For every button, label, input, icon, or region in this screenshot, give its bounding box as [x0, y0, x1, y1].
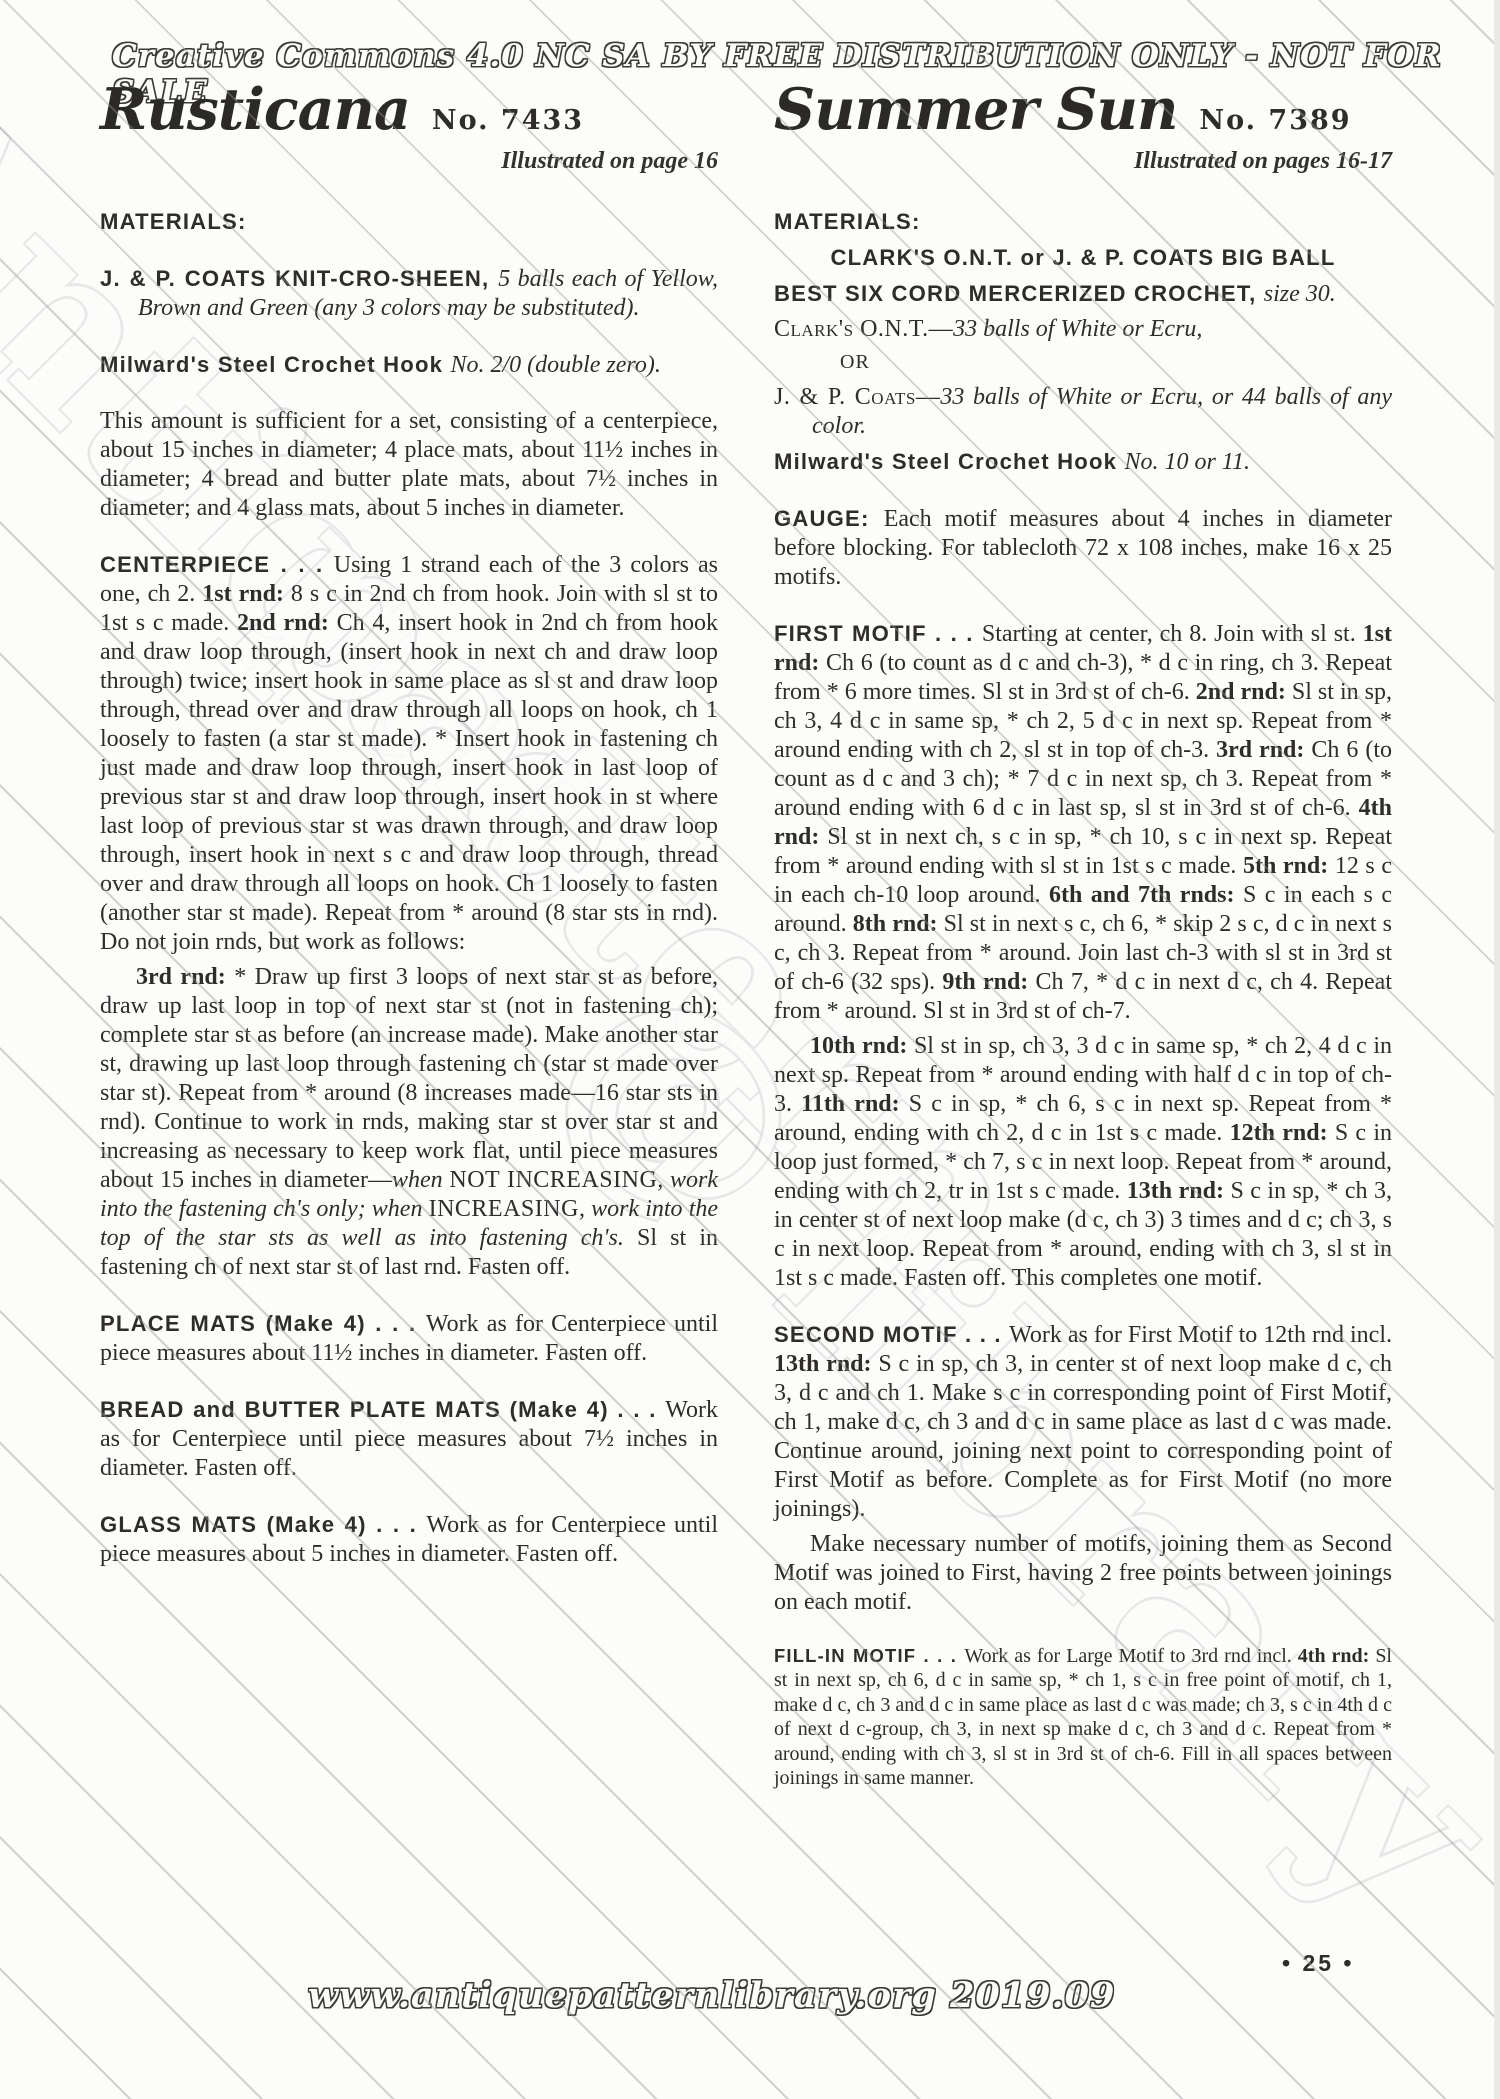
illustrated-note: Illustrated on pages 16-17 [774, 148, 1392, 175]
scanned-pattern-page: Antique pattern @ library Creative Commo… [0, 0, 1500, 2099]
coats-quantity-line: J. & P. Coats—33 balls of White or Ecru,… [774, 383, 1392, 441]
or-divider: OR [840, 348, 1392, 377]
materials-item-hook: Milward's Steel Crochet Hook No. 10 or 1… [774, 447, 1392, 477]
pattern-body: MATERIALS:J. & P. COATS KNIT-CRO-SHEEN, … [100, 207, 718, 1569]
glass-mats-section: GLASS MATS (Make 4) . . . Work as for Ce… [100, 1510, 718, 1569]
round-3-paragraph: 3rd rnd: * Draw up first 3 loops of next… [100, 963, 718, 1282]
right-column-summer-sun: Summer Sun No. 7389 Illustrated on pages… [774, 80, 1392, 1791]
bread-butter-mats-section: BREAD and BUTTER PLATE MATS (Make 4) . .… [100, 1395, 718, 1483]
page-number: • 25 • [1282, 1950, 1354, 1977]
fill-in-motif-section: FILL-IN MOTIF . . . Work as for Large Mo… [774, 1644, 1392, 1791]
pattern-title: Summer Sun [774, 80, 1177, 140]
rounds-10-13-paragraph: 10th rnd: Sl st in sp, ch 3, 3 d c in sa… [774, 1032, 1392, 1293]
materials-heading: MATERIALS: [100, 207, 718, 237]
pattern-title-row: Summer Sun No. 7389 [774, 80, 1392, 140]
pattern-body: MATERIALS:CLARK'S O.N.T. or J. & P. COAT… [774, 207, 1392, 1791]
left-column-rusticana: Rusticana No. 7433 Illustrated on page 1… [100, 80, 718, 1791]
pattern-title: Rusticana [100, 80, 410, 140]
joining-note-paragraph: Make necessary number of motifs, joining… [774, 1530, 1392, 1617]
gauge-paragraph: GAUGE: Each motif measures about 4 inche… [774, 504, 1392, 592]
intro-paragraph: This amount is sufficient for a set, con… [100, 407, 718, 523]
materials-item-thread: J. & P. COATS KNIT-CRO-SHEEN, 5 balls ea… [100, 264, 718, 323]
materials-brand-line-2: BEST SIX CORD MERCERIZED CROCHET, size 3… [774, 279, 1392, 309]
materials-heading: MATERIALS: [774, 207, 1392, 237]
second-motif-section: SECOND MOTIF . . . Work as for First Mot… [774, 1320, 1392, 1524]
scan-edge-shadow [1494, 0, 1500, 2099]
place-mats-section: PLACE MATS (Make 4) . . . Work as for Ce… [100, 1309, 718, 1368]
footer-url: www.antiquepatternlibrary.org 2019.09 [308, 1975, 1115, 2016]
materials-item-hook: Milward's Steel Crochet Hook No. 2/0 (do… [100, 350, 718, 380]
pattern-number: No. 7389 [1199, 105, 1351, 136]
first-motif-section: FIRST MOTIF . . . Starting at center, ch… [774, 619, 1392, 1026]
two-column-layout: Rusticana No. 7433 Illustrated on page 1… [100, 80, 1392, 1791]
materials-brand-line: CLARK'S O.N.T. or J. & P. COATS BIG BALL [774, 243, 1392, 273]
pattern-number: No. 7433 [432, 105, 584, 136]
centerpiece-section: CENTERPIECE . . . Using 1 strand each of… [100, 550, 718, 957]
illustrated-note: Illustrated on page 16 [100, 148, 718, 175]
pattern-title-row: Rusticana No. 7433 [100, 80, 718, 140]
clarks-quantity-line: Clark's O.N.T.—33 balls of White or Ecru… [774, 315, 1392, 344]
